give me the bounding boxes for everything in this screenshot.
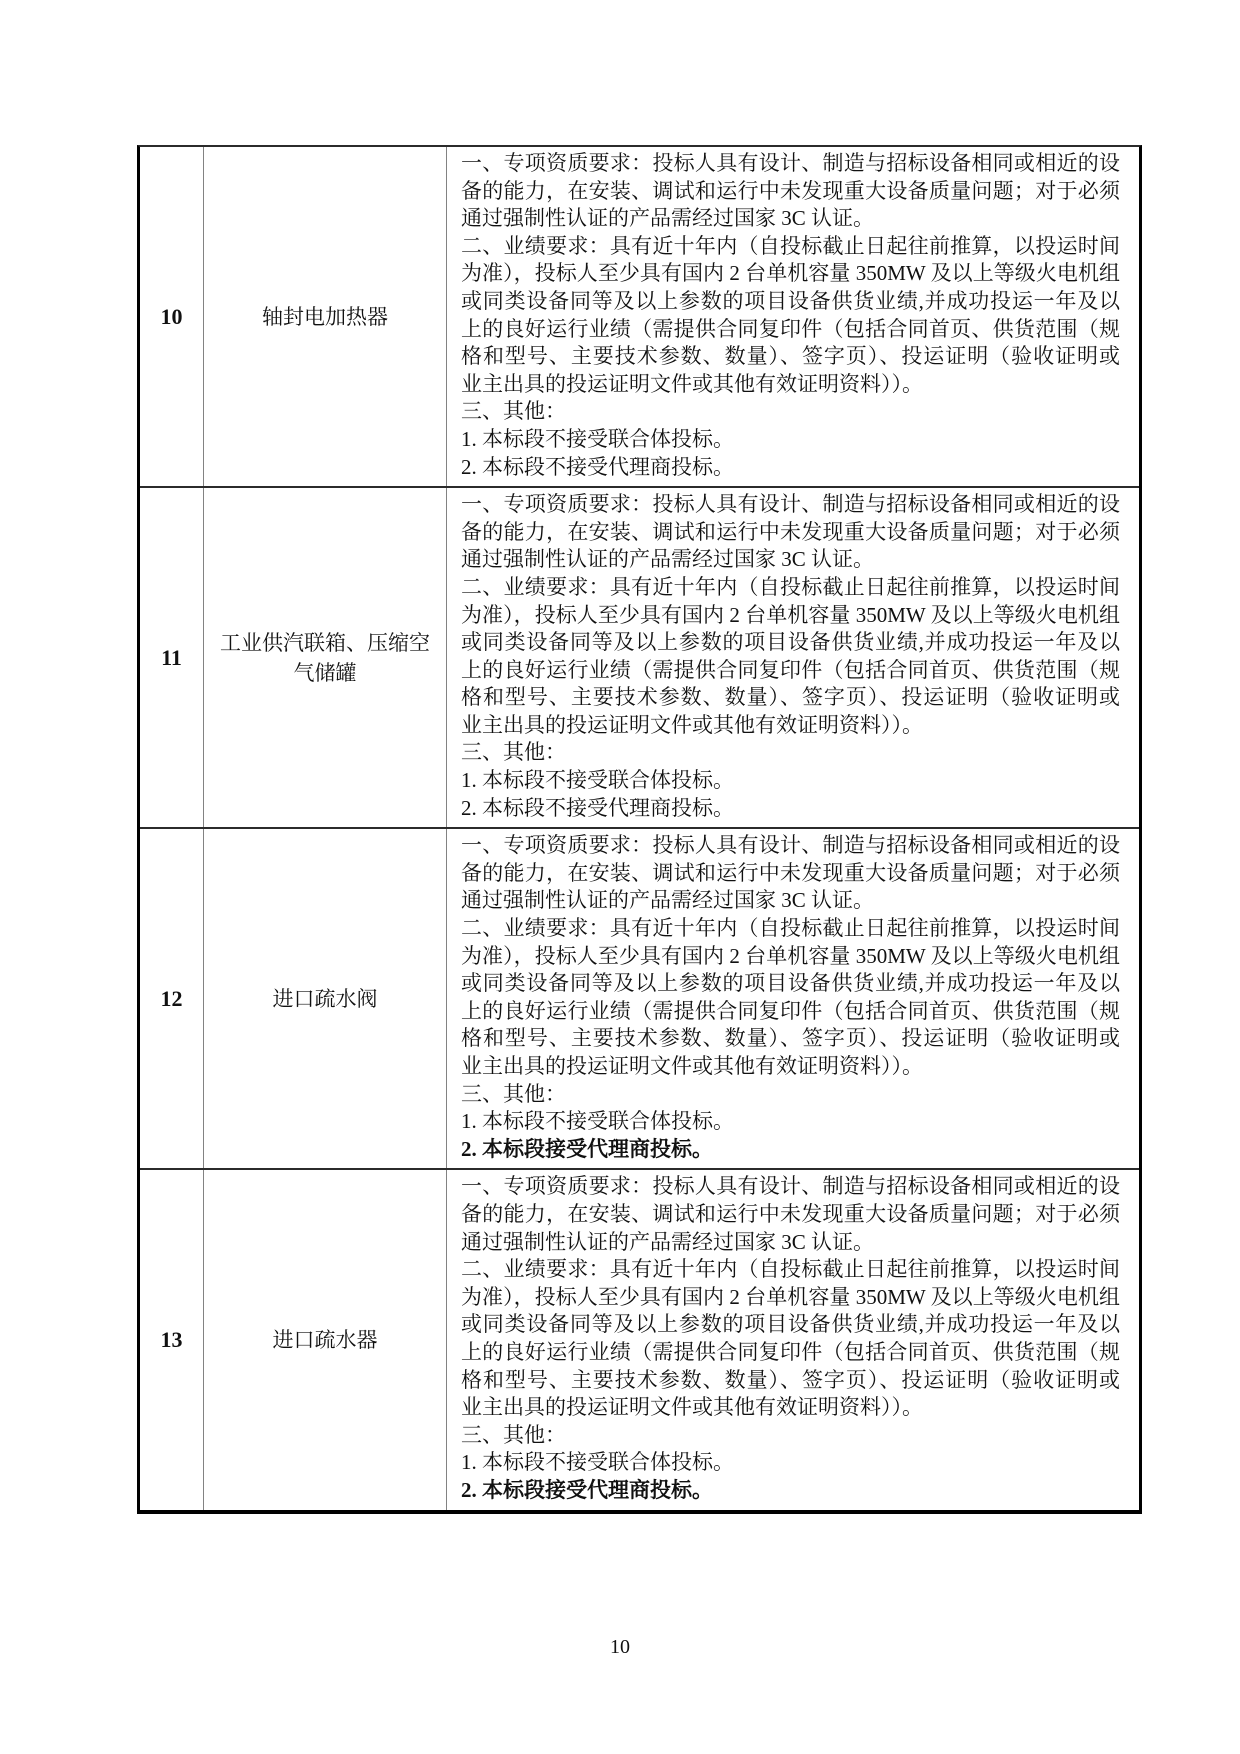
requirement-line: 2. 本标段接受代理商投标。 <box>461 1477 1120 1505</box>
requirement-line: 1. 本标段不接受联合体投标。 <box>461 1449 1120 1477</box>
requirement-line: 2. 本标段不接受代理商投标。 <box>461 795 1120 823</box>
requirement-line: 为准），投标人至少具有国内 2 台单机容量 350MW 及以上等级火电机组 <box>461 943 1120 971</box>
equipment-name-cell: 进口疏水阀 <box>204 829 447 1168</box>
equipment-name-cell: 轴封电加热器 <box>204 147 447 486</box>
requirement-line: 或同类设备同等及以上参数的项目设备供货业绩,并成功投运一年及以 <box>461 288 1120 316</box>
requirement-line: 1. 本标段不接受联合体投标。 <box>461 426 1120 454</box>
row-number-cell: 12 <box>140 829 204 1168</box>
requirement-line: 业主出具的投运证明文件或其他有效证明资料））。 <box>461 1394 1120 1422</box>
requirement-line: 格和型号、主要技术参数、数量）、签字页）、投运证明（验收证明或 <box>461 343 1120 371</box>
requirement-line: 1. 本标段不接受联合体投标。 <box>461 767 1120 795</box>
row-number-cell: 11 <box>140 488 204 827</box>
page-number: 10 <box>0 1636 1240 1659</box>
document-page: 10 轴封电加热器 一、专项资质要求：投标人具有设计、制造与招标设备相同或相近的… <box>0 0 1240 1754</box>
requirements-cell: 一、专项资质要求：投标人具有设计、制造与招标设备相同或相近的设备的能力，在安装、… <box>447 147 1139 486</box>
requirement-line: 备的能力，在安装、调试和运行中未发现重大设备质量问题；对于必须 <box>461 178 1120 206</box>
requirement-line: 格和型号、主要技术参数、数量）、签字页）、投运证明（验收证明或 <box>461 1025 1120 1053</box>
requirement-line: 通过强制性认证的产品需经过国家 3C 认证。 <box>461 887 1120 915</box>
requirement-line: 2. 本标段不接受代理商投标。 <box>461 454 1120 482</box>
requirement-line: 备的能力，在安装、调试和运行中未发现重大设备质量问题；对于必须 <box>461 519 1120 547</box>
requirement-line: 为准），投标人至少具有国内 2 台单机容量 350MW 及以上等级火电机组 <box>461 260 1120 288</box>
requirement-line: 业主出具的投运证明文件或其他有效证明资料））。 <box>461 712 1120 740</box>
requirement-line: 上的良好运行业绩（需提供合同复印件（包括合同首页、供货范围（规 <box>461 1339 1120 1367</box>
table-row: 11 工业供汽联箱、压缩空 气储罐 一、专项资质要求：投标人具有设计、制造与招标… <box>140 486 1139 827</box>
row-number-cell: 10 <box>140 147 204 486</box>
requirement-line: 或同类设备同等及以上参数的项目设备供货业绩,并成功投运一年及以 <box>461 629 1120 657</box>
table-row: 12 进口疏水阀 一、专项资质要求：投标人具有设计、制造与招标设备相同或相近的设… <box>140 827 1139 1168</box>
requirement-line: 三、其他： <box>461 739 1120 767</box>
requirement-line: 或同类设备同等及以上参数的项目设备供货业绩,并成功投运一年及以 <box>461 970 1120 998</box>
requirement-line: 二、业绩要求：具有近十年内（自投标截止日起往前推算，以投运时间 <box>461 574 1120 602</box>
requirement-line: 二、业绩要求：具有近十年内（自投标截止日起往前推算，以投运时间 <box>461 1256 1120 1284</box>
equipment-name-cell: 进口疏水器 <box>204 1170 447 1509</box>
requirement-line: 1. 本标段不接受联合体投标。 <box>461 1108 1120 1136</box>
requirement-line: 格和型号、主要技术参数、数量）、签字页）、投运证明（验收证明或 <box>461 1367 1120 1395</box>
requirement-line: 上的良好运行业绩（需提供合同复印件（包括合同首页、供货范围（规 <box>461 657 1120 685</box>
table-row: 13 进口疏水器 一、专项资质要求：投标人具有设计、制造与招标设备相同或相近的设… <box>140 1168 1139 1509</box>
requirements-cell: 一、专项资质要求：投标人具有设计、制造与招标设备相同或相近的设备的能力，在安装、… <box>447 488 1139 827</box>
requirements-cell: 一、专项资质要求：投标人具有设计、制造与招标设备相同或相近的设备的能力，在安装、… <box>447 829 1139 1168</box>
requirement-line: 备的能力，在安装、调试和运行中未发现重大设备质量问题；对于必须 <box>461 860 1120 888</box>
requirement-line: 备的能力，在安装、调试和运行中未发现重大设备质量问题；对于必须 <box>461 1201 1120 1229</box>
requirement-line: 一、专项资质要求：投标人具有设计、制造与招标设备相同或相近的设 <box>461 832 1120 860</box>
requirement-line: 为准），投标人至少具有国内 2 台单机容量 350MW 及以上等级火电机组 <box>461 602 1120 630</box>
requirement-line: 业主出具的投运证明文件或其他有效证明资料））。 <box>461 371 1120 399</box>
requirement-line: 三、其他： <box>461 1422 1120 1450</box>
requirement-line: 或同类设备同等及以上参数的项目设备供货业绩,并成功投运一年及以 <box>461 1311 1120 1339</box>
requirement-line: 通过强制性认证的产品需经过国家 3C 认证。 <box>461 546 1120 574</box>
requirement-line: 三、其他： <box>461 398 1120 426</box>
requirement-line: 二、业绩要求：具有近十年内（自投标截止日起往前推算，以投运时间 <box>461 915 1120 943</box>
requirement-line: 上的良好运行业绩（需提供合同复印件（包括合同首页、供货范围（规 <box>461 316 1120 344</box>
requirement-line: 通过强制性认证的产品需经过国家 3C 认证。 <box>461 1229 1120 1257</box>
requirement-line: 三、其他： <box>461 1081 1120 1109</box>
table-row: 10 轴封电加热器 一、专项资质要求：投标人具有设计、制造与招标设备相同或相近的… <box>140 147 1139 486</box>
requirements-cell: 一、专项资质要求：投标人具有设计、制造与招标设备相同或相近的设备的能力，在安装、… <box>447 1170 1139 1509</box>
requirement-line: 一、专项资质要求：投标人具有设计、制造与招标设备相同或相近的设 <box>461 150 1120 178</box>
requirement-line: 通过强制性认证的产品需经过国家 3C 认证。 <box>461 205 1120 233</box>
requirement-line: 2. 本标段接受代理商投标。 <box>461 1136 1120 1164</box>
requirement-line: 一、专项资质要求：投标人具有设计、制造与招标设备相同或相近的设 <box>461 1173 1120 1201</box>
equipment-name-cell: 工业供汽联箱、压缩空 气储罐 <box>204 488 447 827</box>
requirement-line: 一、专项资质要求：投标人具有设计、制造与招标设备相同或相近的设 <box>461 491 1120 519</box>
requirement-line: 业主出具的投运证明文件或其他有效证明资料））。 <box>461 1053 1120 1081</box>
requirement-line: 为准），投标人至少具有国内 2 台单机容量 350MW 及以上等级火电机组 <box>461 1284 1120 1312</box>
requirement-line: 二、业绩要求：具有近十年内（自投标截止日起往前推算，以投运时间 <box>461 233 1120 261</box>
row-number-cell: 13 <box>140 1170 204 1509</box>
requirement-line: 上的良好运行业绩（需提供合同复印件（包括合同首页、供货范围（规 <box>461 998 1120 1026</box>
requirement-line: 格和型号、主要技术参数、数量）、签字页）、投运证明（验收证明或 <box>461 684 1120 712</box>
requirements-table: 10 轴封电加热器 一、专项资质要求：投标人具有设计、制造与招标设备相同或相近的… <box>137 145 1142 1514</box>
